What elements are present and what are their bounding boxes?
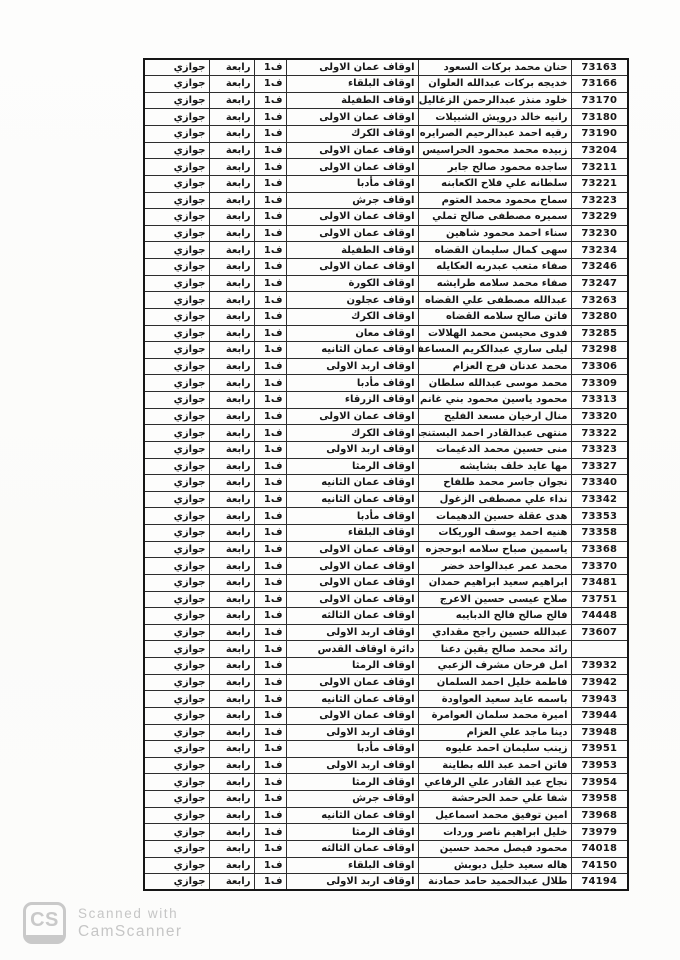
employee-id-cell: 73190 [571, 126, 628, 143]
class-cell: ف1 [254, 142, 286, 159]
employee-name-cell: محمد عدنان فرج العزام [418, 358, 571, 375]
grade-cell: رابعة [209, 192, 254, 209]
table-row: 73948دينا ماجد علي العزاماوقاف اربد الاو… [144, 724, 628, 741]
class-cell: ف1 [254, 92, 286, 109]
employee-name-cell: ابراهيم سعيد ابراهيم حمدان [418, 574, 571, 591]
table-row: 73190رقيه احمد عبدالرحيم الصرايرهاوقاف ا… [144, 126, 628, 143]
type-cell: جوازي [144, 325, 209, 342]
directorate-cell: اوقاف عمان الاولى [286, 707, 418, 724]
directorate-cell: اوقاف عمان الاولى [286, 674, 418, 691]
directorate-cell: اوقاف البلقاء [286, 857, 418, 874]
table-row: 73968امين توفيق محمد اسماعيلاوقاف عمان ا… [144, 807, 628, 824]
employee-id-cell: 73306 [571, 358, 628, 375]
class-cell: ف1 [254, 225, 286, 242]
class-cell: ف1 [254, 807, 286, 824]
grade-cell: رابعة [209, 59, 254, 76]
type-cell: جوازي [144, 574, 209, 591]
type-cell: جوازي [144, 558, 209, 575]
employee-name-cell: محمود ياسين محمود بني غانم [418, 392, 571, 409]
grade-cell: رابعة [209, 724, 254, 741]
directorate-cell: اوقاف مأدبا [286, 508, 418, 525]
employee-name-cell: فاتن صالح سلامه القضاه [418, 308, 571, 325]
type-cell: جوازي [144, 408, 209, 425]
table-row: 73166خديجه بركات عبدالله العلواناوقاف ال… [144, 76, 628, 93]
employee-id-cell: 73340 [571, 475, 628, 492]
directorate-cell: اوقاف عمان الاولى [286, 209, 418, 226]
employee-id-cell: 73607 [571, 624, 628, 641]
class-cell: ف1 [254, 757, 286, 774]
class-cell: ف1 [254, 724, 286, 741]
employee-name-cell: دينا ماجد علي العزام [418, 724, 571, 741]
class-cell: ف1 [254, 658, 286, 675]
grade-cell: رابعة [209, 508, 254, 525]
type-cell: جوازي [144, 707, 209, 724]
table-row: 73322منتهى عبدالقادر احمد البستنجياوقاف … [144, 425, 628, 442]
directorate-cell: اوقاف عمان الاولى [286, 259, 418, 276]
table-row: 73481ابراهيم سعيد ابراهيم حمداناوقاف عما… [144, 574, 628, 591]
grade-cell: رابعة [209, 92, 254, 109]
class-cell: ف1 [254, 541, 286, 558]
directorate-cell: اوقاف عمان الثانيه [286, 691, 418, 708]
type-cell: جوازي [144, 76, 209, 93]
employee-id-cell: 73234 [571, 242, 628, 259]
employee-id-cell: 73342 [571, 491, 628, 508]
type-cell: جوازي [144, 840, 209, 857]
type-cell: جوازي [144, 225, 209, 242]
grade-cell: رابعة [209, 259, 254, 276]
employee-id-cell: 73481 [571, 574, 628, 591]
class-cell: ف1 [254, 308, 286, 325]
employee-id-cell: 73979 [571, 824, 628, 841]
grade-cell: رابعة [209, 375, 254, 392]
table-row: 73234سهى كمال سليمان القضاهاوقاف الطفيلة… [144, 242, 628, 259]
employee-id-cell: 73951 [571, 741, 628, 758]
type-cell: جوازي [144, 757, 209, 774]
employee-name-cell: محمود فيصل محمد حسين [418, 840, 571, 857]
table-row: 73327مها عايد خلف بشايشهاوقاف الرمثاف1را… [144, 458, 628, 475]
employee-name-cell: ليلى ساري عبدالكريم المساعفه [418, 342, 571, 359]
employee-name-cell: خليل ابراهيم ناصر وردات [418, 824, 571, 841]
class-cell: ف1 [254, 741, 286, 758]
class-cell: ف1 [254, 525, 286, 542]
type-cell: جوازي [144, 209, 209, 226]
grade-cell: رابعة [209, 292, 254, 309]
camscanner-icon: CS [23, 902, 66, 944]
type-cell: جوازي [144, 308, 209, 325]
table-row: 74018محمود فيصل محمد حسيناوقاف عمان الثا… [144, 840, 628, 857]
type-cell: جوازي [144, 292, 209, 309]
table-row: 73230سناء احمد محمود شاهيناوقاف عمان الا… [144, 225, 628, 242]
class-cell: ف1 [254, 175, 286, 192]
grade-cell: رابعة [209, 874, 254, 891]
type-cell: جوازي [144, 824, 209, 841]
type-cell: جوازي [144, 475, 209, 492]
directorate-cell: اوقاف عمان الثالثه [286, 840, 418, 857]
grade-cell: رابعة [209, 392, 254, 409]
class-cell: ف1 [254, 408, 286, 425]
employee-name-cell: نجاح عبد القادر علي الرفاعي [418, 774, 571, 791]
employee-id-cell: 73263 [571, 292, 628, 309]
grade-cell: رابعة [209, 757, 254, 774]
class-cell: ف1 [254, 392, 286, 409]
directorate-cell: اوقاف الرمثا [286, 824, 418, 841]
directorate-cell: اوقاف عمان الاولى [286, 109, 418, 126]
grade-cell: رابعة [209, 591, 254, 608]
employee-id-cell: 73229 [571, 209, 628, 226]
employee-name-cell: رائد محمد صالح يقين دعنا [418, 641, 571, 658]
type-cell: جوازي [144, 724, 209, 741]
grade-cell: رابعة [209, 209, 254, 226]
employee-id-cell: 73246 [571, 259, 628, 276]
type-cell: جوازي [144, 674, 209, 691]
grade-cell: رابعة [209, 242, 254, 259]
employee-name-cell: هدى عقلة حسين الدهيمات [418, 508, 571, 525]
grade-cell: رابعة [209, 824, 254, 841]
class-cell: ف1 [254, 608, 286, 625]
records-tbody: 73163حنان محمد بركات السعوداوقاف عمان ال… [144, 59, 628, 890]
employee-name-cell: زبيده محمد محمود الحراسيس [418, 142, 571, 159]
employee-name-cell: منتهى عبدالقادر احمد البستنجي [418, 425, 571, 442]
grade-cell: رابعة [209, 641, 254, 658]
class-cell: ف1 [254, 292, 286, 309]
employee-name-cell: هنيه احمد يوسف الوريكات [418, 525, 571, 542]
table-row: 73340نجوان جاسر محمد طلفاحاوقاف عمان الث… [144, 475, 628, 492]
directorate-cell: اوقاف عمان الاولى [286, 59, 418, 76]
class-cell: ف1 [254, 857, 286, 874]
directorate-cell: اوقاف عمان الثالثه [286, 608, 418, 625]
employee-id-cell: 73211 [571, 159, 628, 176]
class-cell: ف1 [254, 674, 286, 691]
employee-id-cell: 73943 [571, 691, 628, 708]
directorate-cell: اوقاف عمان الاولى [286, 541, 418, 558]
employee-id-cell: 73751 [571, 591, 628, 608]
employee-id-cell: 73942 [571, 674, 628, 691]
type-cell: جوازي [144, 608, 209, 625]
type-cell: جوازي [144, 259, 209, 276]
employee-id-cell: 73322 [571, 425, 628, 442]
grade-cell: رابعة [209, 574, 254, 591]
table-row: رائد محمد صالح يقين دعنادائرة اوقاف القد… [144, 641, 628, 658]
camscanner-watermark: Scanned with CamScanner [78, 905, 182, 941]
employee-id-cell: 73204 [571, 142, 628, 159]
class-cell: ف1 [254, 109, 286, 126]
grade-cell: رابعة [209, 624, 254, 641]
directorate-cell: اوقاف عمان الثانيه [286, 475, 418, 492]
table-row: 73247صفاء محمد سلامه طرايشهاوقاف الكورةف… [144, 275, 628, 292]
directorate-cell: اوقاف عمان الاولى [286, 591, 418, 608]
grade-cell: رابعة [209, 608, 254, 625]
table-row: 73229سميره مصطفى صالح تملياوقاف عمان الا… [144, 209, 628, 226]
employee-id-cell: 73948 [571, 724, 628, 741]
directorate-cell: اوقاف الكرك [286, 126, 418, 143]
class-cell: ف1 [254, 242, 286, 259]
employee-name-cell: منال ارخيان مسعد الفليح [418, 408, 571, 425]
class-cell: ف1 [254, 691, 286, 708]
type-cell: جوازي [144, 491, 209, 508]
table-row: 73751صلاح عيسى حسين الاعرجاوقاف عمان الا… [144, 591, 628, 608]
employee-id-cell: 73221 [571, 175, 628, 192]
grade-cell: رابعة [209, 225, 254, 242]
directorate-cell: اوقاف معان [286, 325, 418, 342]
employee-id-cell: 73368 [571, 541, 628, 558]
class-cell: ف1 [254, 192, 286, 209]
employee-name-cell: سماح محمود محمد العتوم [418, 192, 571, 209]
type-cell: جوازي [144, 109, 209, 126]
employee-id-cell: 73247 [571, 275, 628, 292]
employee-name-cell: فاطمة خليل احمد السلمان [418, 674, 571, 691]
table-row: 73298ليلى ساري عبدالكريم المساعفهاوقاف ع… [144, 342, 628, 359]
class-cell: ف1 [254, 707, 286, 724]
employee-name-cell: زينب سليمان احمد عليوه [418, 741, 571, 758]
table-row: 74150هاله سعيد خليل دبوبشاوقاف البلقاءف1… [144, 857, 628, 874]
directorate-cell: اوقاف عمان الثانيه [286, 807, 418, 824]
directorate-cell: اوقاف الرمثا [286, 458, 418, 475]
directorate-cell: اوقاف اربد الاولى [286, 441, 418, 458]
directorate-cell: اوقاف مأدبا [286, 375, 418, 392]
grade-cell: رابعة [209, 707, 254, 724]
employee-id-cell: 73230 [571, 225, 628, 242]
directorate-cell: اوقاف عمان الاولى [286, 574, 418, 591]
employee-name-cell: سهى كمال سليمان القضاه [418, 242, 571, 259]
employee-name-cell: عبدالله مصطفى علي القضاه [418, 292, 571, 309]
employee-name-cell: محمد عمر عبدالواحد خضر [418, 558, 571, 575]
table-row: 73951زينب سليمان احمد عليوهاوقاف مأدباف1… [144, 741, 628, 758]
class-cell: ف1 [254, 425, 286, 442]
class-cell: ف1 [254, 441, 286, 458]
type-cell: جوازي [144, 857, 209, 874]
employee-id-cell: 73958 [571, 791, 628, 808]
grade-cell: رابعة [209, 441, 254, 458]
grade-cell: رابعة [209, 791, 254, 808]
table-row: 73358هنيه احمد يوسف الوريكاتاوقاف البلقا… [144, 525, 628, 542]
grade-cell: رابعة [209, 425, 254, 442]
table-row: 73607عبدالله حسين راجح مقدادياوقاف اربد … [144, 624, 628, 641]
employee-id-cell: 73166 [571, 76, 628, 93]
type-cell: جوازي [144, 874, 209, 891]
employee-id-cell [571, 641, 628, 658]
class-cell: ف1 [254, 840, 286, 857]
employee-id-cell: 73323 [571, 441, 628, 458]
employee-name-cell: فاتن احمد عبد الله بطاينة [418, 757, 571, 774]
employee-name-cell: منى حسين محمد الدغيمات [418, 441, 571, 458]
class-cell: ف1 [254, 209, 286, 226]
table-row: 73223سماح محمود محمد العتوماوقاف جرشف1را… [144, 192, 628, 209]
employee-id-cell: 73170 [571, 92, 628, 109]
type-cell: جوازي [144, 358, 209, 375]
employee-id-cell: 74018 [571, 840, 628, 857]
grade-cell: رابعة [209, 408, 254, 425]
class-cell: ف1 [254, 874, 286, 891]
class-cell: ف1 [254, 358, 286, 375]
type-cell: جوازي [144, 741, 209, 758]
table-row: 73353هدى عقلة حسين الدهيماتاوقاف مأدباف1… [144, 508, 628, 525]
grade-cell: رابعة [209, 275, 254, 292]
grade-cell: رابعة [209, 159, 254, 176]
table-row: 73170خلود منذر عبدالرحمن الزغاليلاوقاف ا… [144, 92, 628, 109]
directorate-cell: اوقاف الزرقاء [286, 392, 418, 409]
class-cell: ف1 [254, 458, 286, 475]
employee-name-cell: سلطانه علي فلاح الكعابنه [418, 175, 571, 192]
grade-cell: رابعة [209, 525, 254, 542]
employee-name-cell: نجوان جاسر محمد طلفاح [418, 475, 571, 492]
directorate-cell: اوقاف عجلون [286, 292, 418, 309]
type-cell: جوازي [144, 342, 209, 359]
class-cell: ف1 [254, 275, 286, 292]
table-row: 73979خليل ابراهيم ناصر ورداتاوقاف الرمثا… [144, 824, 628, 841]
employee-id-cell: 73163 [571, 59, 628, 76]
table-row: 73368ياسمين صباح سلامه ابوحجزهاوقاف عمان… [144, 541, 628, 558]
employee-name-cell: ساجده محمود صالح جابر [418, 159, 571, 176]
employee-id-cell: 73968 [571, 807, 628, 824]
employee-name-cell: نداء علي مصطفى الزغول [418, 491, 571, 508]
type-cell: جوازي [144, 192, 209, 209]
employee-name-cell: امين توفيق محمد اسماعيل [418, 807, 571, 824]
employee-id-cell: 73223 [571, 192, 628, 209]
class-cell: ف1 [254, 491, 286, 508]
grade-cell: رابعة [209, 325, 254, 342]
type-cell: جوازي [144, 807, 209, 824]
employee-id-cell: 73944 [571, 707, 628, 724]
type-cell: جوازي [144, 541, 209, 558]
table-row: 74448فالح صالح فالح الدبايبهاوقاف عمان ا… [144, 608, 628, 625]
employee-name-cell: شفا علي حمد الحرحشة [418, 791, 571, 808]
directorate-cell: اوقاف الكرك [286, 308, 418, 325]
employee-name-cell: صلاح عيسى حسين الاعرج [418, 591, 571, 608]
employee-name-cell: باسمه عايد سعيد العواودة [418, 691, 571, 708]
directorate-cell: اوقاف عمان الثانيه [286, 491, 418, 508]
directorate-cell: اوقاف عمان الاولى [286, 159, 418, 176]
grade-cell: رابعة [209, 126, 254, 143]
class-cell: ف1 [254, 475, 286, 492]
grade-cell: رابعة [209, 475, 254, 492]
employee-name-cell: خلود منذر عبدالرحمن الزغاليل [418, 92, 571, 109]
employee-id-cell: 73298 [571, 342, 628, 359]
table-row: 73280فاتن صالح سلامه القضاهاوقاف الكركف1… [144, 308, 628, 325]
table-row: 73370محمد عمر عبدالواحد خضراوقاف عمان ال… [144, 558, 628, 575]
class-cell: ف1 [254, 76, 286, 93]
type-cell: جوازي [144, 691, 209, 708]
table-row: 73211ساجده محمود صالح جابراوقاف عمان الا… [144, 159, 628, 176]
type-cell: جوازي [144, 275, 209, 292]
employee-name-cell: صفاء متعب عبدربه العكايله [418, 259, 571, 276]
employee-id-cell: 73180 [571, 109, 628, 126]
employee-name-cell: فالح صالح فالح الدبايبه [418, 608, 571, 625]
class-cell: ف1 [254, 375, 286, 392]
grade-cell: رابعة [209, 558, 254, 575]
class-cell: ف1 [254, 574, 286, 591]
type-cell: جوازي [144, 92, 209, 109]
directorate-cell: اوقاف الكورة [286, 275, 418, 292]
directorate-cell: دائرة اوقاف القدس [286, 641, 418, 658]
directorate-cell: اوقاف الطفيلة [286, 242, 418, 259]
type-cell: جوازي [144, 791, 209, 808]
directorate-cell: اوقاف عمان الاولى [286, 225, 418, 242]
employee-id-cell: 73953 [571, 757, 628, 774]
class-cell: ف1 [254, 325, 286, 342]
table-row: 73204زبيده محمد محمود الحراسيساوقاف عمان… [144, 142, 628, 159]
directorate-cell: اوقاف عمان الاولى [286, 558, 418, 575]
table-row: 73221سلطانه علي فلاح الكعابنهاوقاف مأدبا… [144, 175, 628, 192]
employee-name-cell: صفاء محمد سلامه طرايشه [418, 275, 571, 292]
grade-cell: رابعة [209, 491, 254, 508]
type-cell: جوازي [144, 458, 209, 475]
type-cell: جوازي [144, 392, 209, 409]
directorate-cell: اوقاف الرمثا [286, 658, 418, 675]
table-row: 73944اميرة محمد سلمان العوامرةاوقاف عمان… [144, 707, 628, 724]
type-cell: جوازي [144, 591, 209, 608]
class-cell: ف1 [254, 558, 286, 575]
type-cell: جوازي [144, 441, 209, 458]
type-cell: جوازي [144, 142, 209, 159]
grade-cell: رابعة [209, 342, 254, 359]
type-cell: جوازي [144, 159, 209, 176]
directorate-cell: اوقاف اربد الاولى [286, 757, 418, 774]
employee-name-cell: هاله سعيد خليل دبوبش [418, 857, 571, 874]
class-cell: ف1 [254, 641, 286, 658]
employee-id-cell: 74448 [571, 608, 628, 625]
employee-name-cell: سناء احمد محمود شاهين [418, 225, 571, 242]
directorate-cell: اوقاف اربد الاولى [286, 724, 418, 741]
employee-id-cell: 74194 [571, 874, 628, 891]
table-row: 73932امل فرحان مشرف الزعبياوقاف الرمثاف1… [144, 658, 628, 675]
employee-name-cell: رقيه احمد عبدالرحيم الصرايره [418, 126, 571, 143]
directorate-cell: اوقاف مأدبا [286, 175, 418, 192]
directorate-cell: اوقاف عمان الاولى [286, 142, 418, 159]
table-row: 73163حنان محمد بركات السعوداوقاف عمان ال… [144, 59, 628, 76]
class-cell: ف1 [254, 126, 286, 143]
type-cell: جوازي [144, 658, 209, 675]
directorate-cell: اوقاف جرش [286, 192, 418, 209]
directorate-cell: اوقاف مأدبا [286, 741, 418, 758]
employee-id-cell: 73313 [571, 392, 628, 409]
grade-cell: رابعة [209, 358, 254, 375]
employee-name-cell: طلال عبدالحميد حامد حمادنة [418, 874, 571, 891]
employee-id-cell: 73280 [571, 308, 628, 325]
class-cell: ف1 [254, 159, 286, 176]
type-cell: جوازي [144, 641, 209, 658]
grade-cell: رابعة [209, 308, 254, 325]
employee-name-cell: اميرة محمد سلمان العوامرة [418, 707, 571, 724]
employee-id-cell: 73309 [571, 375, 628, 392]
table-row: 73953فاتن احمد عبد الله بطاينةاوقاف اربد… [144, 757, 628, 774]
employee-name-cell: امل فرحان مشرف الزعبي [418, 658, 571, 675]
type-cell: جوازي [144, 508, 209, 525]
records-table: 73163حنان محمد بركات السعوداوقاف عمان ال… [143, 58, 629, 891]
table-row: 73943باسمه عايد سعيد العواودةاوقاف عمان … [144, 691, 628, 708]
directorate-cell: اوقاف الكرك [286, 425, 418, 442]
table-row: 73246صفاء متعب عبدربه العكايلهاوقاف عمان… [144, 259, 628, 276]
directorate-cell: اوقاف الطفيلة [286, 92, 418, 109]
type-cell: جوازي [144, 126, 209, 143]
type-cell: جوازي [144, 774, 209, 791]
directorate-cell: اوقاف اربد الاولى [286, 358, 418, 375]
type-cell: جوازي [144, 525, 209, 542]
directorate-cell: اوقاف اربد الاولى [286, 874, 418, 891]
grade-cell: رابعة [209, 691, 254, 708]
table-row: 74194طلال عبدالحميد حامد حمادنةاوقاف ارب… [144, 874, 628, 891]
class-cell: ف1 [254, 824, 286, 841]
table-row: 73309محمد موسى عبدالله سلطاناوقاف مأدباف… [144, 375, 628, 392]
directorate-cell: اوقاف اربد الاولى [286, 624, 418, 641]
class-cell: ف1 [254, 508, 286, 525]
directorate-cell: اوقاف البلقاء [286, 525, 418, 542]
grade-cell: رابعة [209, 857, 254, 874]
grade-cell: رابعة [209, 658, 254, 675]
table-row: 73180رانيه خالد درويش الشبيلاتاوقاف عمان… [144, 109, 628, 126]
class-cell: ف1 [254, 624, 286, 641]
directorate-cell: اوقاف جرش [286, 791, 418, 808]
employee-name-cell: سميره مصطفى صالح تملي [418, 209, 571, 226]
